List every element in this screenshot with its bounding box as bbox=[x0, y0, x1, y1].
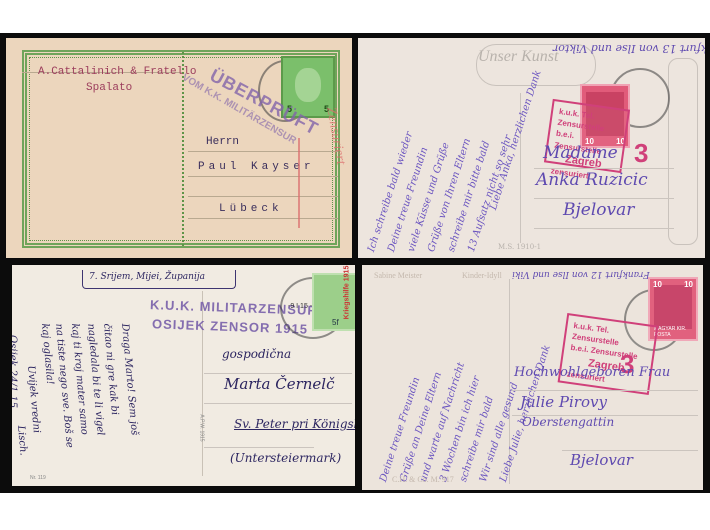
address-city: Bjelovar bbox=[563, 200, 634, 220]
address-line bbox=[188, 151, 338, 152]
censor-number: 3 bbox=[634, 138, 648, 169]
address-line bbox=[188, 176, 338, 177]
card-series-title: Kinder-Idyll bbox=[462, 271, 502, 280]
sender-box-text: 7. Srijem, Mijei, Županija bbox=[89, 272, 205, 282]
address-region: (Untersteiermark) bbox=[230, 451, 341, 465]
sender-city: Spalato bbox=[86, 82, 132, 94]
address-line bbox=[188, 196, 338, 197]
postcard-1[interactable]: A.Cattalinich & Fratello Spalato Herrn P… bbox=[6, 38, 352, 258]
message-date: Osijek 24/1 15. bbox=[12, 335, 18, 411]
card-number: Nr. 119 bbox=[30, 475, 46, 481]
printer-mark: M.S. 1910-1 bbox=[498, 243, 541, 251]
postcard-3[interactable]: 7. Srijem, Mijei, Županija Osijek 24/1 1… bbox=[12, 265, 355, 486]
message-line: čitao ni gre kak bi bbox=[101, 323, 120, 416]
reaper-vignette-icon bbox=[654, 285, 692, 329]
red-pencil-mark bbox=[298, 138, 300, 228]
address-city: Bjelovar bbox=[570, 451, 633, 469]
publisher-mark: A.P.W. 1915 bbox=[199, 414, 205, 441]
stamp-value: 5f bbox=[332, 318, 339, 327]
message-line: Liebe Anka, herzlichen Dank bbox=[488, 69, 544, 211]
address-line bbox=[204, 447, 314, 448]
handwritten-note: Frankfurt 12 von Ilse und Viki bbox=[512, 269, 650, 279]
ornament-title: Unser Kunst bbox=[478, 48, 558, 66]
artist-name: Sabine Meister bbox=[374, 271, 422, 280]
printer-mark: C.H. & Co. M. 917 bbox=[392, 475, 454, 484]
address-line bbox=[534, 198, 674, 199]
censor-box-stamp: k.u.k. Tel. Zensurstelle b.e.i. Zensurst… bbox=[558, 313, 659, 395]
address-salutation: Madame bbox=[543, 143, 618, 163]
stamp-value: 10 bbox=[684, 280, 693, 289]
address-line bbox=[188, 218, 338, 219]
message-line: Uvijek vredni bbox=[25, 365, 42, 434]
sender-box: 7. Srijem, Mijei, Županija bbox=[82, 270, 236, 289]
address-salutation: Herrn bbox=[206, 136, 239, 148]
stamp-label: MAGYAR KIR. POSTA bbox=[654, 326, 696, 338]
address-line bbox=[204, 373, 352, 374]
stamp-overprint: Kriegshilfe 1915 bbox=[343, 266, 350, 320]
address-name: Anka Ruzicic bbox=[536, 170, 648, 190]
address-name: Marta Černelč bbox=[224, 375, 334, 393]
emperor-portrait-icon bbox=[295, 68, 321, 102]
address-line bbox=[534, 168, 674, 169]
address-salutation: gospodična bbox=[222, 347, 291, 361]
stamp: Kriegshilfe 1915 5f bbox=[312, 273, 355, 331]
ornament-border bbox=[668, 58, 698, 245]
sender-name: A.Cattalinich & Fratello bbox=[38, 66, 196, 78]
address-city: Sv. Peter pri Königsberg bbox=[234, 417, 355, 431]
address-city: Lübeck bbox=[219, 203, 283, 215]
address-line bbox=[512, 390, 698, 391]
address-line bbox=[204, 403, 352, 404]
address-line bbox=[534, 228, 674, 229]
address-name: Julie Pirovy bbox=[520, 393, 607, 411]
address-line3: Oberstengattin bbox=[522, 415, 614, 429]
address-salutation: Hochwohlgeboren Frau bbox=[514, 365, 670, 380]
message-signature: Lisch. bbox=[15, 425, 29, 456]
postcard-4[interactable]: Sabine Meister Kinder-Idyll Frankfurt 12… bbox=[362, 265, 703, 490]
postcard-2[interactable]: Unser Kunst Frankfurt 13 von Ilse und Vi… bbox=[358, 38, 705, 258]
stamp-value: 10 bbox=[653, 280, 662, 289]
message-line: Draga Marto! Sem još bbox=[119, 323, 140, 436]
handwritten-note: Frankfurt 13 von Ilse und Viktor bbox=[553, 42, 705, 55]
